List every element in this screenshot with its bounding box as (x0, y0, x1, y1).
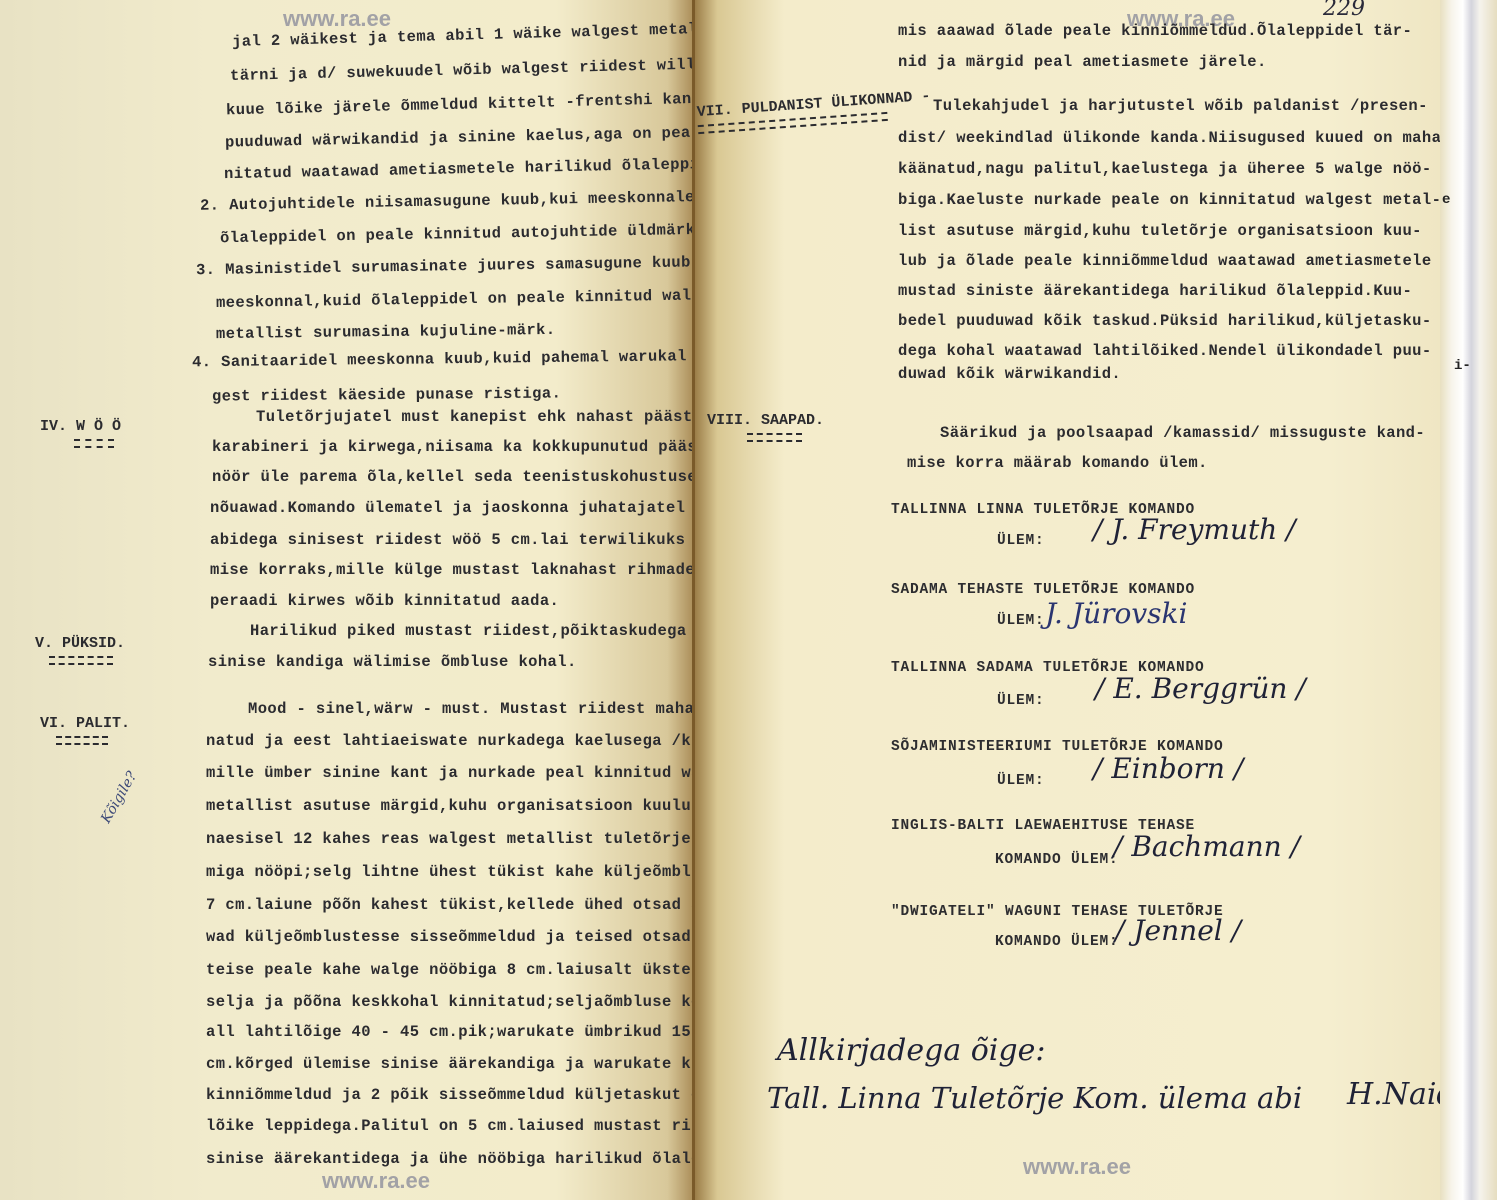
text-line: tärni ja d/ suwekuudel wõib walgest riid… (230, 55, 695, 85)
text-line: Tuletõrjujatel must kanepist ehk nahast … (256, 408, 695, 426)
text-line: nid ja märgid peal ametiasmete järele. (898, 53, 1267, 71)
signatory-role: ÜLEM: (997, 693, 1045, 709)
text-line: õlaleppidel on peale kinnitud autojuhtid… (220, 221, 695, 247)
text-line: nöör üle parema õla,kellel seda teenistu… (212, 468, 695, 486)
text-line: all lahtilõige 40 - 45 cm.pik;warukate ü… (206, 1023, 695, 1041)
text-line: dist/ weekindlad ülikonde kanda.Niisugus… (898, 129, 1440, 147)
text-line: miga nööpi;selg lihtne ühest tükist kahe… (206, 863, 695, 881)
signatory-role: KOMANDO ÜLEM: (995, 852, 1119, 868)
text-line: kinniõmmeldud ja 2 põik sisseõmmeldud kü… (206, 1086, 695, 1104)
signatory-role: ÜLEM: (997, 773, 1045, 789)
page-number: 229 (1323, 0, 1365, 21)
watermark: www.ra.ee (322, 1168, 430, 1194)
text-line: käänatud,nagu palitul,kaelustega ja üher… (898, 160, 1432, 178)
text-line: meeskonnal,kuid õlaleppidel on peale kin… (216, 286, 695, 312)
text-line: karabineri ja kirwega,niisama ka kokkupu… (212, 438, 695, 456)
text-line: metallist asutuse märgid,kuhu organisats… (206, 797, 695, 815)
text-line: sinise äärekantidega ja ühe nööbiga hari… (206, 1150, 695, 1168)
signature: / Einborn / (1093, 752, 1243, 785)
text-line: kuue lõike järele õmmeldud kittelt -fren… (226, 89, 695, 120)
section-heading-vi: VI. PALIT. (40, 715, 130, 745)
double-underline (49, 656, 113, 665)
text-line: cm.kõrged ülemise sinise äärekandiga ja … (206, 1055, 695, 1073)
double-underline (747, 433, 802, 442)
text-line: mise korraks,mille külge mustast laknaha… (210, 561, 695, 579)
handwritten-margin-note: Kõigile? (98, 769, 140, 826)
text-line: 7 cm.laiune põõn kahest tükist,kellede ü… (206, 896, 695, 914)
text-line: wad küljeõmblustesse sisseõmmeldud ja te… (206, 928, 695, 946)
page-edge-stack: e i- (1440, 0, 1497, 1200)
edge-mark: e (1442, 192, 1450, 208)
text-line: naesisel 12 kahes reas walgest metallist… (206, 830, 695, 848)
signature: / Bachmann / (1113, 830, 1300, 863)
text-line: Harilikud piked mustast riidest,põiktask… (250, 622, 695, 640)
signature: / Jennel / (1115, 914, 1241, 947)
certification-line-2: Tall. Linna Tuletõrje Kom. ülema abi (767, 1081, 1302, 1115)
text-line: mustad siniste äärekantidega harilikud õ… (898, 282, 1412, 300)
text-line: mis aaawad õlade peale kinniõmmeldud.Õla… (898, 22, 1412, 40)
text-line: puuduwad wärwikandid ja sinine kaelus,ag… (225, 122, 695, 151)
text-line: nõuawad.Komando ülematel ja jaoskonna ju… (210, 499, 695, 517)
text-line: list asutuse märgid,kuhu tuletõrje organ… (898, 222, 1422, 240)
signatory-role: ÜLEM: (997, 533, 1045, 549)
double-underline (74, 439, 114, 448)
text-line: peraadi kirwes wõib kinnitatud aada. (210, 592, 559, 610)
text-line: natud ja eest lahtiaeiswate nurkadega ka… (206, 732, 695, 750)
signatory-role: ÜLEM: (997, 613, 1045, 629)
section-heading-viii: VIII. SAAPAD. (707, 412, 824, 442)
text-line: duwad kõik wärwikandid. (898, 365, 1121, 383)
text-line: mille ümber sinine kant ja nurkade peal … (206, 764, 695, 782)
text-line: mise korra määrab komando ülem. (907, 454, 1208, 472)
left-page: www.ra.ee jal 2 wäikest ja tema abil 1 w… (0, 0, 695, 1200)
text-line: bedel puuduwad kõik taskud.Püksid harili… (898, 312, 1432, 330)
text-line: biga.Kaeluste nurkade peale on kinnitatu… (898, 191, 1440, 209)
signatory-org: SADAMA TEHASTE TULETÕRJE KOMANDO (891, 582, 1195, 598)
text-line: dega kohal waatawad lahtilõiked.Nendel ü… (898, 342, 1432, 360)
text-line: teise peale kahe walge nööbiga 8 cm.laiu… (206, 961, 695, 979)
text-line: Mood - sinel,wärw - must. Mustast riides… (248, 700, 695, 718)
text-line: gest riidest käeside punase ristiga. (212, 384, 561, 405)
certification-line-1: Allkirjadega õige: (777, 1033, 1045, 1068)
text-line: selja ja põõna keskkohal kinnitatud;selj… (206, 993, 695, 1011)
section-heading-v: V. PÜKSID. (35, 635, 125, 665)
right-page: www.ra.ee 229 mis aaawad õlade peale kin… (695, 0, 1440, 1200)
certification-signature: H.Naidl. (1347, 1077, 1440, 1112)
signatory-role: KOMANDO ÜLEM: (995, 934, 1119, 950)
text-line: metallist surumasina kujuline-märk. (216, 321, 556, 343)
text-line: 3. Masinistidel surumasinate juures sama… (196, 253, 695, 279)
text-line: sinise kandiga wälimise õmbluse kohal. (208, 653, 577, 671)
text-line: 2. Autojuhtidele niisamasugune kuub,kui … (200, 187, 695, 214)
watermark: www.ra.ee (1023, 1154, 1131, 1180)
signature: / E. Berggrün / (1095, 672, 1306, 705)
double-underline (56, 736, 108, 745)
edge-mark: i- (1454, 358, 1471, 374)
text-line: abidega sinisest riidest wöö 5 cm.lai te… (210, 531, 695, 549)
section-heading-iv: IV. W Ö Ö (40, 418, 121, 448)
text-line: lõike leppidega.Palitul on 5 cm.laiused … (206, 1117, 695, 1135)
text-line: lub ja õlade peale kinniõmmeldud waatawa… (898, 252, 1432, 270)
section-heading-vii: VII. PULDANIST ÜLIKONNAD - (696, 88, 932, 134)
text-line: nitatud waatawad ametiasmetele harilikud… (224, 155, 695, 183)
text-line: Säärikud ja poolsaapad /kamassid/ missug… (940, 424, 1425, 442)
text-line: 4. Sanitaaridel meeskonna kuub,kuid pahe… (192, 347, 695, 372)
text-line: Tulekahjudel ja harjutustel wõib paldani… (933, 97, 1428, 115)
signature: J. Jürovski (1045, 597, 1187, 630)
signature: / J. Freymuth / (1093, 513, 1296, 546)
